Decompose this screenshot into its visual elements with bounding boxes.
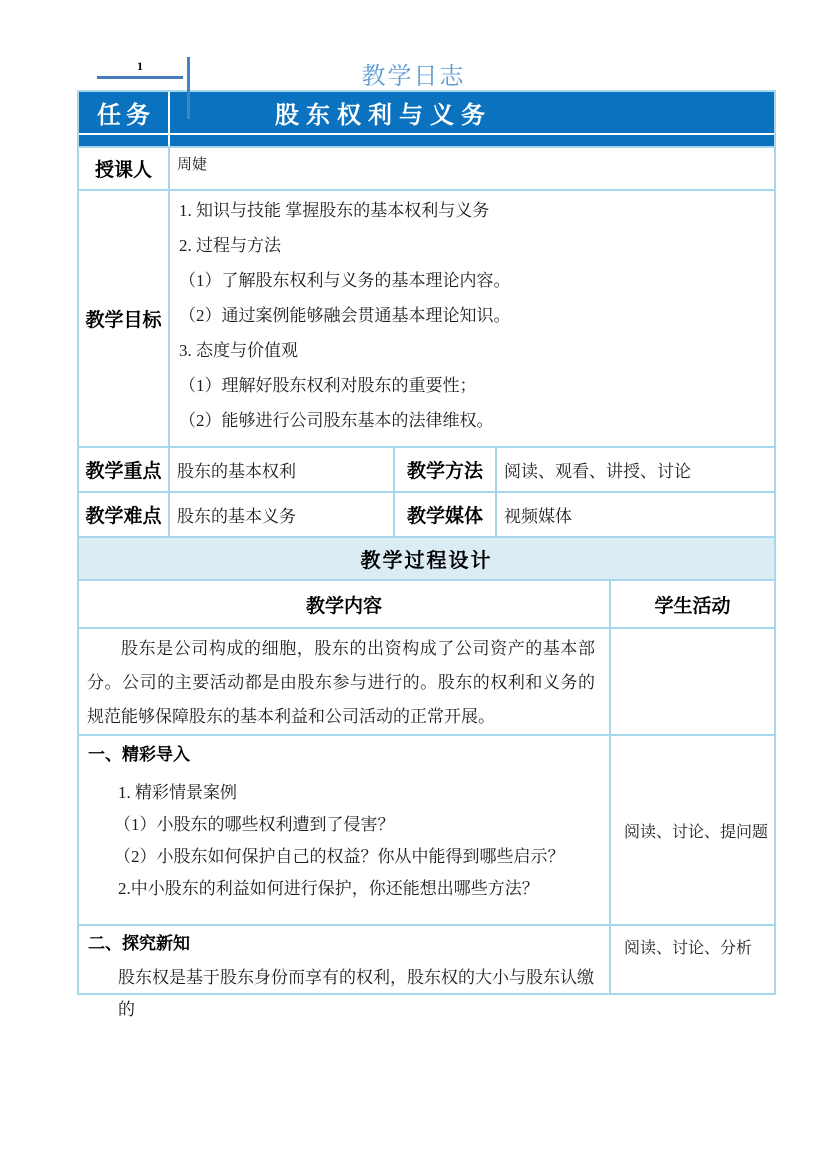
- process-design-row: 教学过程设计: [79, 538, 774, 581]
- media-value: 视频媒体: [497, 493, 774, 536]
- section1-row: 一、精彩导入 1. 精彩情景案例 （1）小股东的哪些权利遭到了侵害？ （2）小股…: [79, 736, 774, 926]
- difficulty-value: 股东的基本义务: [170, 493, 395, 536]
- objective-line: （2）能够进行公司股东基本的法律维权。: [179, 410, 764, 431]
- difficulty-media-row: 教学难点 股东的基本义务 教学媒体 视频媒体: [79, 493, 774, 538]
- section1-line: （1）小股东的哪些权利遭到了侵害？: [88, 809, 599, 841]
- intro-paragraph: 股东是公司构成的细胞，股东的出资构成了公司资产的基本部分。公司的主要活动都是由股…: [87, 632, 595, 734]
- objective-line: 2. 过程与方法: [179, 235, 764, 256]
- intro-row: 股东是公司构成的细胞，股东的出资构成了公司资产的基本部分。公司的主要活动都是由股…: [79, 629, 774, 736]
- difficulty-label: 教学难点: [79, 493, 170, 536]
- section-divider-bar: [187, 57, 190, 119]
- section1-line: 2.中小股东的利益如何进行保护，你还能想出哪些方法？: [88, 873, 599, 905]
- section1-heading: 一、精彩导入: [88, 743, 599, 767]
- method-label: 教学方法: [395, 448, 497, 491]
- blue-strip-row: [79, 135, 774, 148]
- blue-strip-left: [79, 135, 170, 146]
- process-design-title: 教学过程设计: [79, 538, 774, 579]
- lecturer-row: 授课人 周婕: [79, 148, 774, 191]
- section1-activity: 阅读、讨论、提问题: [611, 736, 774, 924]
- intro-content: 股东是公司构成的细胞，股东的出资构成了公司资产的基本部分。公司的主要活动都是由股…: [79, 629, 611, 734]
- objective-line: （2）通过案例能够融会贯通基本理论知识。: [179, 305, 764, 326]
- focus-value: 股东的基本权利: [170, 448, 395, 491]
- focus-label: 教学重点: [79, 448, 170, 491]
- objective-line: （1）理解好股东权利对股东的重要性；: [179, 375, 764, 396]
- section2-content: 二、探究新知 股东权是基于股东身份而享有的权利，股东权的大小与股东认缴的: [79, 926, 611, 993]
- section1-line: （2）小股东如何保护自己的权益？你从中能得到哪些启示？: [88, 841, 599, 873]
- intro-activity-cell: [611, 629, 774, 734]
- section1-content: 一、精彩导入 1. 精彩情景案例 （1）小股东的哪些权利遭到了侵害？ （2）小股…: [79, 736, 611, 924]
- objective-line: 3. 态度与价值观: [179, 340, 764, 361]
- lecturer-label: 授课人: [79, 148, 170, 189]
- column-header-row: 教学内容 学生活动: [79, 581, 774, 629]
- objective-line: （1）了解股东权利与义务的基本理论内容。: [179, 270, 764, 291]
- task-value: 股东权利与义务: [170, 92, 774, 133]
- media-label: 教学媒体: [395, 493, 497, 536]
- section1-line: 1. 精彩情景案例: [88, 777, 599, 809]
- section2-body-line: 股东权是基于股东身份而享有的权利，股东权的大小与股东认缴的: [88, 962, 599, 1026]
- document-title: 教学日志: [0, 56, 827, 91]
- document-page: 1 教学日志 任务 股东权利与义务 授课人 周婕 教学目标 1. 知识与技能 掌…: [0, 0, 827, 1169]
- objectives-content: 1. 知识与技能 掌握股东的基本权利与义务 2. 过程与方法 （1）了解股东权利…: [170, 191, 774, 446]
- objective-line: 1. 知识与技能 掌握股东的基本权利与义务: [179, 200, 764, 221]
- lecturer-value: 周婕: [170, 148, 774, 189]
- objectives-label: 教学目标: [79, 191, 170, 446]
- section2-row: 二、探究新知 股东权是基于股东身份而享有的权利，股东权的大小与股东认缴的 阅读、…: [79, 926, 774, 993]
- section2-activity: 阅读、讨论、分析: [611, 926, 774, 993]
- activity-column-header: 学生活动: [611, 581, 774, 627]
- method-value: 阅读、观看、讲授、讨论: [497, 448, 774, 491]
- lesson-plan-table: 任务 股东权利与义务 授课人 周婕 教学目标 1. 知识与技能 掌握股东的基本权…: [77, 90, 776, 995]
- content-column-header: 教学内容: [79, 581, 611, 627]
- focus-method-row: 教学重点 股东的基本权利 教学方法 阅读、观看、讲授、讨论: [79, 448, 774, 493]
- task-row: 任务 股东权利与义务: [79, 92, 774, 135]
- blue-strip-right: [170, 135, 774, 146]
- objectives-row: 教学目标 1. 知识与技能 掌握股东的基本权利与义务 2. 过程与方法 （1）了…: [79, 191, 774, 448]
- section2-heading: 二、探究新知: [88, 932, 599, 956]
- task-label: 任务: [79, 92, 170, 133]
